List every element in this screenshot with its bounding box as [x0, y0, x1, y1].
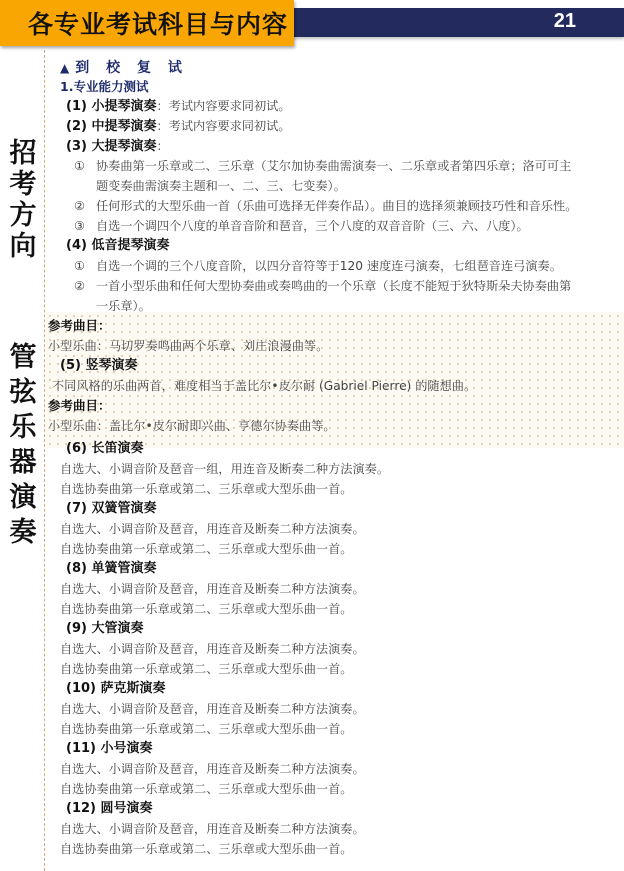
side-char: 器 — [10, 445, 37, 480]
side-char: 管 — [10, 340, 37, 375]
harp-text: 不同风格的乐曲两首，难度相当于盖比尔•皮尔耐 (Gabriel Pierre) … — [46, 376, 624, 396]
page-title: 各专业考试科目与内容 — [28, 5, 288, 41]
item-line: 自选大、小调音阶及琶音，用连音及断奏二种方法演奏。 — [56, 639, 624, 659]
item-line: 自选协奏曲第一乐章或第二、三乐章或大型乐曲一首。 — [56, 479, 624, 499]
item-head-text: (7) 双簧管演奏 — [56, 499, 624, 519]
item-line: 自选协奏曲第一乐章或第二、三乐章或大型乐曲一首。 — [56, 599, 624, 619]
circled-number: ① — [74, 256, 96, 276]
side-label-orchestral: 管 弦 乐 器 演 奏 — [6, 340, 40, 550]
side-char: 招 — [10, 138, 37, 169]
item-head-text: (3) 大提琴演奏 — [66, 139, 156, 154]
item-head-text: (8) 单簧管演奏 — [56, 559, 624, 579]
side-char: 奏 — [10, 515, 37, 550]
item-line: 自选协奏曲第一乐章或第二、三乐章或大型乐曲一首。 — [56, 839, 624, 859]
section-title: ▲到 校 复 试 — [56, 58, 624, 78]
item-line: 自选大、小调音阶及琶音，用连音及断奏二种方法演奏。 — [56, 759, 624, 779]
item-head-text: (1) 小提琴演奏 — [66, 99, 156, 114]
item-cello: (3) 大提琴演奏： — [56, 136, 624, 156]
cello-sub-3: ③ 自选一个调四个八度的单音音阶和琶音，三个八度的双音音阶（三、六、八度）。 — [56, 216, 624, 236]
item-line: 自选大、小调音阶及琶音，用连音及断奏二种方法演奏。 — [56, 519, 624, 539]
bass-sub-2: ② 一首小型乐曲和任何大型协奏曲或奏鸣曲的一个乐章（长度不能短于狄特斯朵夫协奏曲… — [56, 276, 624, 296]
cello-sub-1: ① 协奏曲第一乐章或二、三乐章（艾尔加协奏曲需演奏一、二乐章或者第四乐章；洛可可… — [56, 156, 624, 176]
section-title-text: 到 校 复 试 — [75, 60, 188, 76]
item-note: ： — [156, 139, 168, 153]
sub-item-text: 自选一个调四个八度的单音音阶和琶音，三个八度的双音音阶（三、六、八度）。 — [96, 216, 529, 236]
main-content: ▲到 校 复 试 1.专业能力测试 (1) 小提琴演奏：考试内容要求同初试。 (… — [56, 58, 624, 859]
circled-number: ② — [74, 276, 96, 296]
page-number: 21 — [554, 10, 576, 33]
side-label-recruit-direction: 招 考 方 向 — [6, 138, 40, 262]
item-line: 自选大、小调音阶及琶音，用连音及断奏二种方法演奏。 — [56, 579, 624, 599]
sub-item-text: 一首小型乐曲和任何大型协奏曲或奏鸣曲的一个乐章（长度不能短于狄特斯朵夫协奏曲第 — [96, 276, 571, 296]
wind-item-9: (9) 大管演奏 自选大、小调音阶及琶音，用连音及断奏二种方法演奏。 自选协奏曲… — [56, 619, 624, 679]
side-char: 演 — [10, 480, 37, 515]
section-subtitle: 1.专业能力测试 — [56, 78, 624, 96]
item-head-text: (6) 长笛演奏 — [56, 439, 624, 459]
circled-number: ② — [74, 196, 96, 216]
item-line: 自选协奏曲第一乐章或第二、三乐章或大型乐曲一首。 — [56, 659, 624, 679]
item-double-bass: (4) 低音提琴演奏 — [56, 236, 624, 256]
wind-item-12: (12) 圆号演奏 自选大、小调音阶及琶音，用连音及断奏二种方法演奏。 自选协奏… — [56, 799, 624, 859]
item-line: 自选协奏曲第一乐章或第二、三乐章或大型乐曲一首。 — [56, 779, 624, 799]
circled-number: ① — [74, 156, 96, 176]
triangle-marker-icon: ▲ — [60, 61, 69, 75]
wind-item-6: (6) 长笛演奏 自选大、小调音阶及琶音一组，用连音及断奏二种方法演奏。 自选协… — [56, 439, 624, 499]
item-note: ：考试内容要求同初试。 — [156, 119, 290, 133]
item-harp: (5) 竖琴演奏 — [46, 356, 624, 376]
item-viola: (2) 中提琴演奏：考试内容要求同初试。 — [56, 116, 624, 136]
reference-title: 参考曲目： — [46, 316, 624, 336]
sub-item-text: 协奏曲第一乐章或二、三乐章（艾尔加协奏曲需演奏一、二乐章或者第四乐章；洛可可主 — [96, 156, 571, 176]
side-char: 向 — [10, 231, 37, 262]
item-head-text: (10) 萨克斯演奏 — [56, 679, 624, 699]
item-line: 自选大、小调音阶及琶音，用连音及断奏二种方法演奏。 — [56, 819, 624, 839]
cello-sub-1-cont: 题变奏曲需演奏主题和一、二、三、七变奏）。 — [56, 176, 624, 196]
item-head-text: (12) 圆号演奏 — [56, 799, 624, 819]
wind-item-11: (11) 小号演奏 自选大、小调音阶及琶音，用连音及断奏二种方法演奏。 自选协奏… — [56, 739, 624, 799]
sub-item-text: 任何形式的大型乐曲一首（乐曲可选择无伴奏作品）。曲目的选择须兼顾技巧性和音乐性。 — [96, 196, 577, 216]
reference-text: 小型乐曲：盖比尔•皮尔耐即兴曲、亨德尔协奏曲等。 — [46, 416, 624, 436]
side-char: 弦 — [10, 375, 37, 410]
item-line: 自选大、小调音阶及琶音，用连音及断奏二种方法演奏。 — [56, 699, 624, 719]
item-line: 自选协奏曲第一乐章或第二、三乐章或大型乐曲一首。 — [56, 719, 624, 739]
side-char: 方 — [10, 200, 37, 231]
side-divider — [44, 50, 45, 871]
wind-item-7: (7) 双簧管演奏 自选大、小调音阶及琶音，用连音及断奏二种方法演奏。 自选协奏… — [56, 499, 624, 559]
bass-sub-2-cont: 一乐章）。 — [56, 296, 624, 316]
header-title-box: 各专业考试科目与内容 — [0, 0, 294, 46]
cello-sub-2: ② 任何形式的大型乐曲一首（乐曲可选择无伴奏作品）。曲目的选择须兼顾技巧性和音乐… — [56, 196, 624, 216]
wind-item-8: (8) 单簧管演奏 自选大、小调音阶及琶音，用连音及断奏二种方法演奏。 自选协奏… — [56, 559, 624, 619]
circled-number: ③ — [74, 216, 96, 236]
reference-title: 参考曲目： — [46, 396, 624, 416]
item-violin: (1) 小提琴演奏：考试内容要求同初试。 — [56, 96, 624, 116]
item-head-text: (11) 小号演奏 — [56, 739, 624, 759]
side-char: 考 — [10, 169, 37, 200]
item-head-text: (2) 中提琴演奏 — [66, 119, 156, 134]
item-line: 自选协奏曲第一乐章或第二、三乐章或大型乐曲一首。 — [56, 539, 624, 559]
side-char: 乐 — [10, 410, 37, 445]
reference-text: 小型乐曲：马切罗奏鸣曲两个乐章、刘庄浪漫曲等。 — [46, 336, 624, 356]
item-line: 自选大、小调音阶及琶音一组，用连音及断奏二种方法演奏。 — [56, 459, 624, 479]
wind-item-10: (10) 萨克斯演奏 自选大、小调音阶及琶音，用连音及断奏二种方法演奏。 自选协… — [56, 679, 624, 739]
item-note: ：考试内容要求同初试。 — [156, 99, 290, 113]
item-head-text: (9) 大管演奏 — [56, 619, 624, 639]
sub-item-text: 自选一个调的三个八度音阶，以四分音符等于120 速度连弓演奏，七组琶音连弓演奏。 — [96, 256, 562, 276]
bass-sub-1: ① 自选一个调的三个八度音阶，以四分音符等于120 速度连弓演奏，七组琶音连弓演… — [56, 256, 624, 276]
